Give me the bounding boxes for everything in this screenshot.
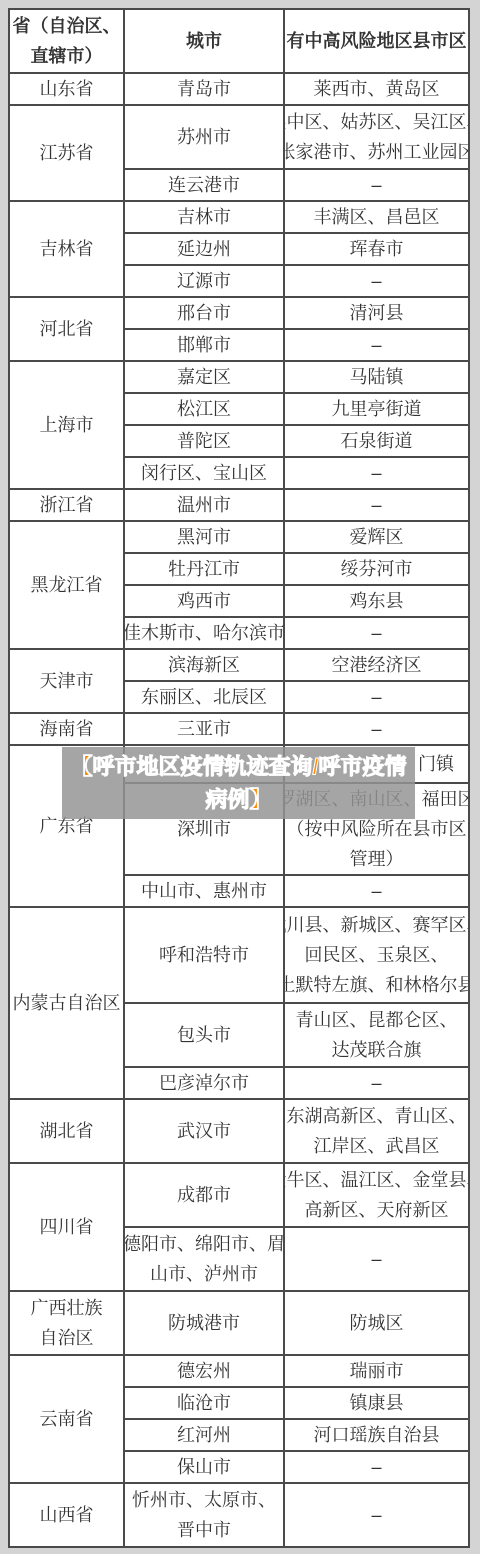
watermark-overlay: 【呼市地区疫情轨迹查询/呼市疫情 病例】	[62, 747, 415, 819]
risk-cell: 马陆镇	[285, 362, 470, 394]
risk-cell: 东湖高新区、青山区、 江岸区、武昌区	[285, 1100, 470, 1164]
city-cell: 吉林市	[125, 202, 285, 234]
city-cell: 牡丹江市	[125, 554, 285, 586]
province-cell: 山西省	[10, 1484, 125, 1548]
header-risk: 有中高风险地区县市区	[285, 10, 470, 74]
city-cell: 巴彦淖尔市	[125, 1068, 285, 1100]
risk-cell: 吴中区、姑苏区、吴江区、 张家港市、苏州工业园区	[285, 106, 470, 170]
risk-cell: –	[285, 330, 470, 362]
city-cell: 滨海新区	[125, 650, 285, 682]
risk-cell: 丰满区、昌邑区	[285, 202, 470, 234]
city-cell: 忻州市、太原市、 晋中市	[125, 1484, 285, 1548]
risk-cell: 莱西市、黄岛区	[285, 74, 470, 106]
risk-cell: 河口瑶族自治县	[285, 1420, 470, 1452]
province-cell: 浙江省	[10, 490, 125, 522]
risk-cell: –	[285, 458, 470, 490]
province-cell: 广西壮族 自治区	[10, 1292, 125, 1356]
risk-cell: –	[285, 682, 470, 714]
city-cell: 武汉市	[125, 1100, 285, 1164]
province-cell: 吉林省	[10, 202, 125, 298]
province-cell: 湖北省	[10, 1100, 125, 1164]
city-cell: 临沧市	[125, 1388, 285, 1420]
risk-cell: –	[285, 1068, 470, 1100]
city-cell: 东丽区、北辰区	[125, 682, 285, 714]
risk-cell: –	[285, 490, 470, 522]
risk-cell: 鸡东县	[285, 586, 470, 618]
province-cell: 上海市	[10, 362, 125, 490]
city-cell: 包头市	[125, 1004, 285, 1068]
city-cell: 青岛市	[125, 74, 285, 106]
city-cell: 嘉定区	[125, 362, 285, 394]
city-cell: 红河州	[125, 1420, 285, 1452]
province-cell: 山东省	[10, 74, 125, 106]
province-cell: 四川省	[10, 1164, 125, 1292]
city-cell: 普陀区	[125, 426, 285, 458]
city-cell: 松江区	[125, 394, 285, 426]
risk-cell: 武川县、新城区、赛罕区、 回民区、玉泉区、 土默特左旗、和林格尔县	[285, 908, 470, 1004]
risk-cell: 石泉街道	[285, 426, 470, 458]
risk-cell: –	[285, 618, 470, 650]
city-cell: 保山市	[125, 1452, 285, 1484]
risk-cell: –	[285, 714, 470, 746]
risk-cell: 清河县	[285, 298, 470, 330]
risk-cell: –	[285, 1484, 470, 1548]
province-cell: 天津市	[10, 650, 125, 714]
city-cell: 鸡西市	[125, 586, 285, 618]
risk-cell: –	[285, 266, 470, 298]
city-cell: 佳木斯市、哈尔滨市	[125, 618, 285, 650]
city-cell: 闵行区、宝山区	[125, 458, 285, 490]
city-cell: 连云港市	[125, 170, 285, 202]
watermark-title-line2: 病例】	[205, 783, 271, 816]
header-province: 省（自治区、 直辖市）	[10, 10, 125, 74]
city-cell: 黑河市	[125, 522, 285, 554]
risk-cell: 珲春市	[285, 234, 470, 266]
risk-cell: –	[285, 170, 470, 202]
city-cell: 三亚市	[125, 714, 285, 746]
risk-cell: 九里亭街道	[285, 394, 470, 426]
city-cell: 辽源市	[125, 266, 285, 298]
city-cell: 德阳市、绵阳市、眉 山市、泸州市	[125, 1228, 285, 1292]
header-city: 城市	[125, 10, 285, 74]
province-cell: 河北省	[10, 298, 125, 362]
city-cell: 苏州市	[125, 106, 285, 170]
risk-cell: 绥芬河市	[285, 554, 470, 586]
city-cell: 呼和浩特市	[125, 908, 285, 1004]
city-cell: 邯郸市	[125, 330, 285, 362]
city-cell: 邢台市	[125, 298, 285, 330]
risk-cell: 金牛区、温江区、金堂县、 高新区、天府新区	[285, 1164, 470, 1228]
province-cell: 云南省	[10, 1356, 125, 1484]
watermark-title-line1: 【呼市地区疫情轨迹查询/呼市疫情	[70, 750, 406, 783]
risk-cell: –	[285, 876, 470, 908]
city-cell: 成都市	[125, 1164, 285, 1228]
risk-cell: 空港经济区	[285, 650, 470, 682]
city-cell: 温州市	[125, 490, 285, 522]
risk-cell: –	[285, 1228, 470, 1292]
risk-cell: 青山区、昆都仑区、 达茂联合旗	[285, 1004, 470, 1068]
province-cell: 海南省	[10, 714, 125, 746]
risk-cell: 爱辉区	[285, 522, 470, 554]
city-cell: 延边州	[125, 234, 285, 266]
city-cell: 防城港市	[125, 1292, 285, 1356]
risk-cell: 瑞丽市	[285, 1356, 470, 1388]
risk-cell: –	[285, 1452, 470, 1484]
city-cell: 德宏州	[125, 1356, 285, 1388]
risk-cell: 防城区	[285, 1292, 470, 1356]
page: { "colors": { "page_bg": "#d4d4d4", "tab…	[0, 0, 480, 1554]
province-cell: 江苏省	[10, 106, 125, 202]
province-cell: 黑龙江省	[10, 522, 125, 650]
province-cell: 内蒙古自治区	[10, 908, 125, 1100]
city-cell: 中山市、惠州市	[125, 876, 285, 908]
risk-cell: 镇康县	[285, 1388, 470, 1420]
